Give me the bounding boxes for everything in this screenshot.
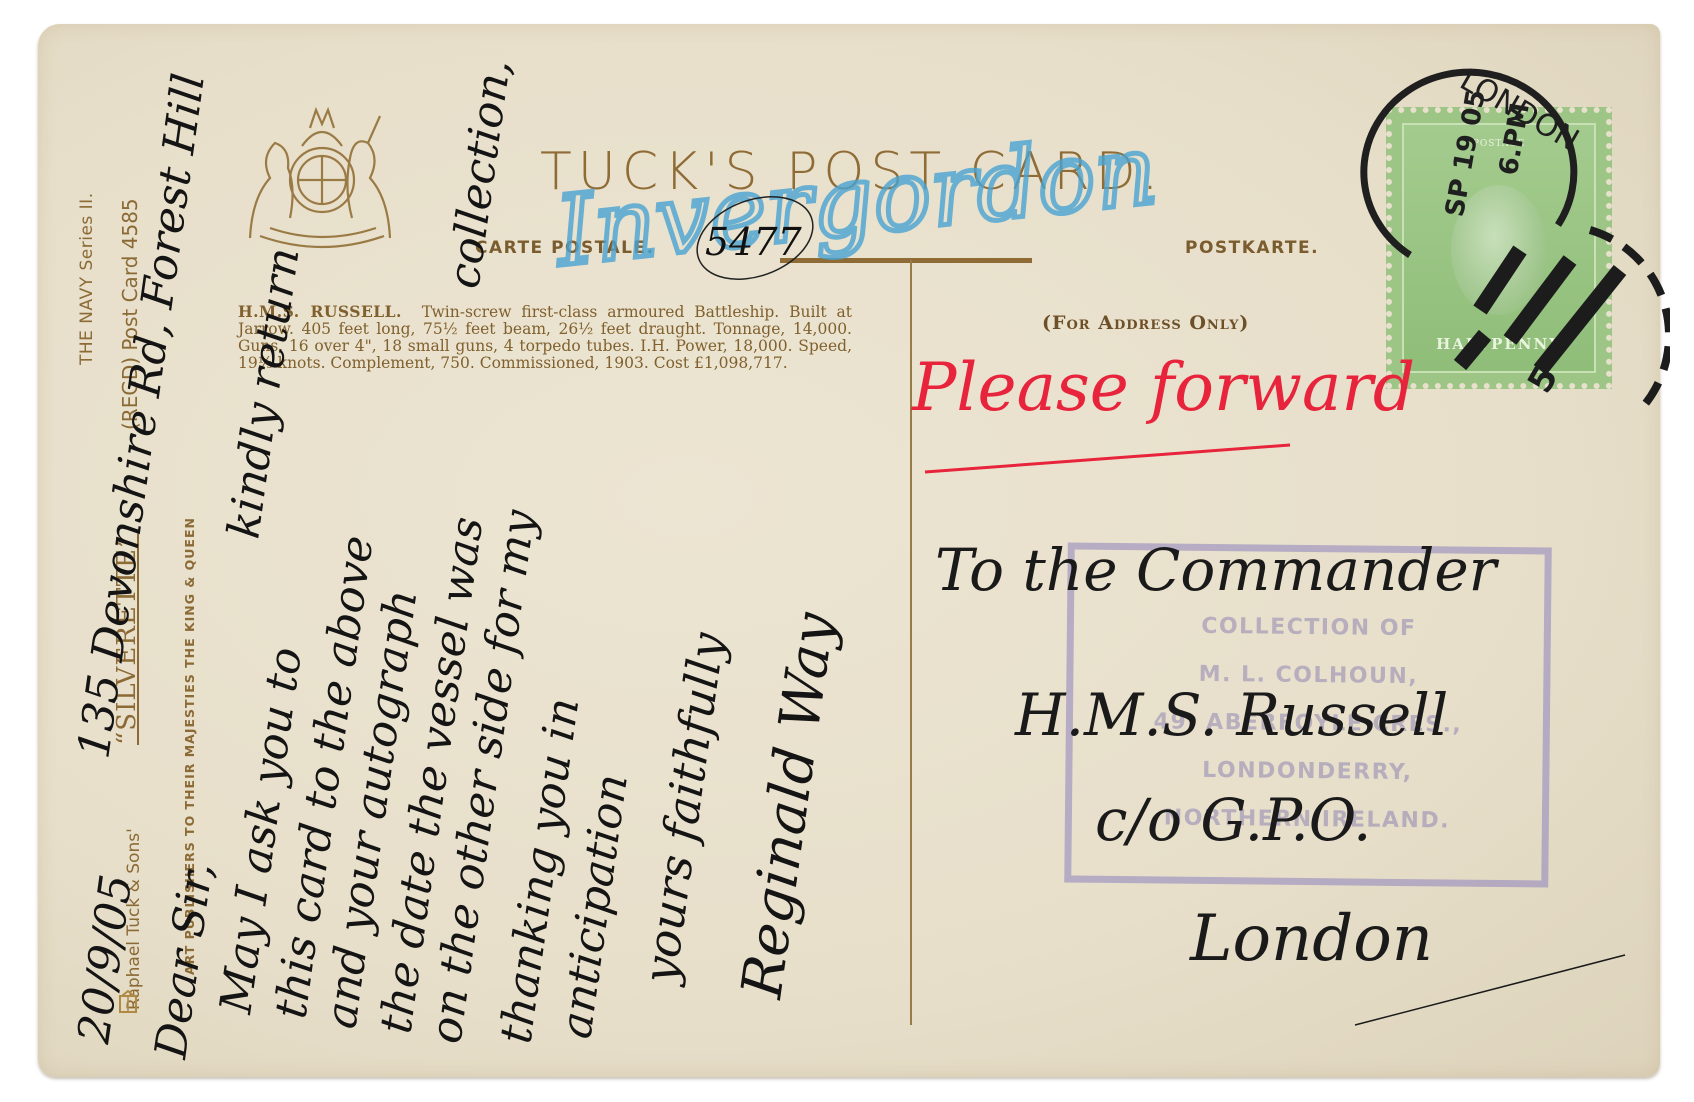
silverette-text: “SILVERETTE” bbox=[112, 534, 142, 745]
postkarte-label: POSTKARTE. bbox=[1185, 238, 1319, 258]
collection-line: NORTHERN IRELAND. bbox=[1072, 794, 1542, 847]
collection-line: COLLECTION OF bbox=[1074, 602, 1544, 655]
ship-description: H.M.S. RUSSELL. Twin-screw first-class a… bbox=[238, 303, 852, 372]
collection-line: LONDONDERRY, bbox=[1072, 746, 1542, 799]
cancellation-bars-icon: 5 bbox=[1440, 170, 1670, 430]
card-title: TUCK'S POST CARD. bbox=[540, 142, 1260, 202]
title-rule bbox=[780, 258, 1032, 263]
collection-handstamp: COLLECTION OF M. L. COLHOUN, 49, ABERFOY… bbox=[1064, 542, 1552, 887]
series-label: THE NAVY Series II. bbox=[77, 192, 97, 365]
collection-stamp-text: COLLECTION OF M. L. COLHOUN, 49, ABERFOY… bbox=[1072, 602, 1544, 847]
royal-crest-icon bbox=[230, 88, 410, 253]
collection-line: M. L. COLHOUN, bbox=[1073, 650, 1543, 703]
publisher-name: Raphael Tuck & Sons' bbox=[124, 828, 144, 1010]
regd-postcard-label: (REGD) Post Card 4585 bbox=[118, 198, 142, 430]
tuck-easel-logo-icon bbox=[116, 990, 140, 1016]
royal-warrant: ART PUBLISHERS TO THEIR MAJESTIES THE KI… bbox=[182, 517, 197, 975]
for-address-only-label: (For Address Only) bbox=[1042, 312, 1249, 334]
ship-name: H.M.S. RUSSELL. bbox=[238, 302, 402, 321]
center-divider bbox=[910, 260, 912, 1025]
carte-postale-label: CARTE POSTALE. bbox=[475, 238, 655, 258]
collection-line: 49, ABERFOYLE CRES., bbox=[1073, 698, 1543, 751]
silverette-brand: “SILVERETTE” bbox=[112, 534, 142, 745]
